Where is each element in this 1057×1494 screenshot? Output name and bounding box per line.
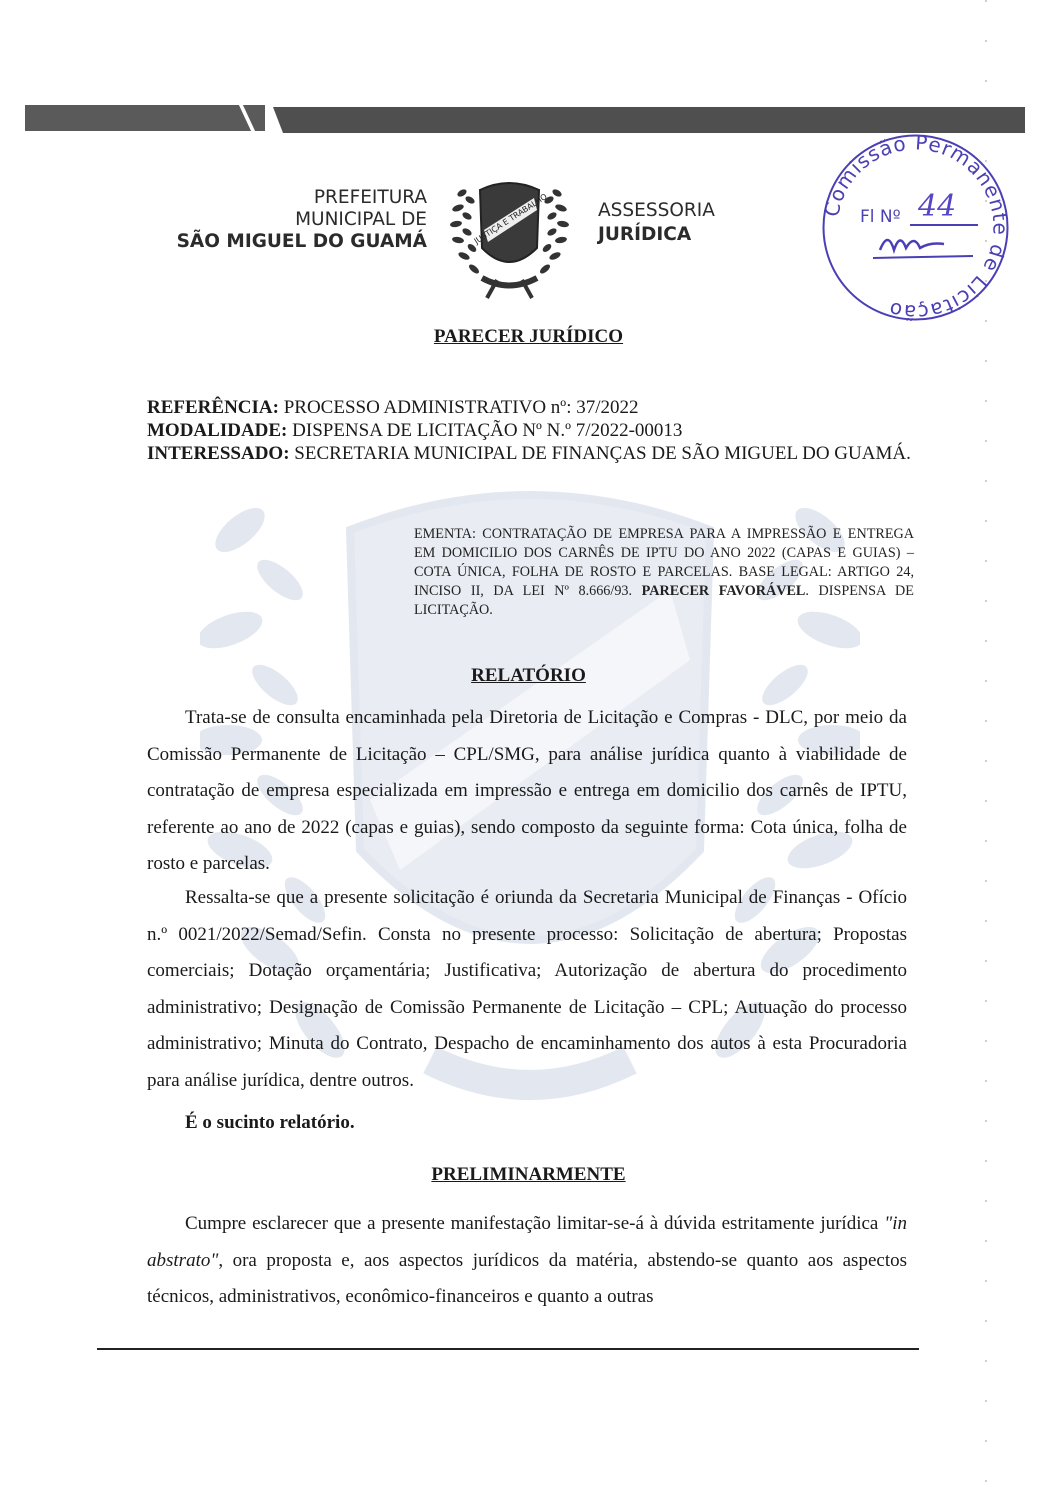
dept-line-2: JURÍDICA [598, 223, 715, 247]
coat-of-arms-icon: JUSTIÇA E TRABALHO [442, 168, 577, 303]
folio-stamp: Comissão Permanente de Licitação Fl Nº 4… [818, 130, 1013, 325]
department-name: ASSESSORIA JURÍDICA [598, 199, 715, 247]
dept-line-1: ASSESSORIA [598, 199, 715, 223]
ementa-summary: EMENTA: CONTRATAÇÃO DE EMPRESA PARA A IM… [414, 525, 914, 620]
org-line-2: MUNICIPAL DE [177, 209, 427, 231]
document-title: PARECER JURÍDICO [0, 326, 1057, 348]
reference-block: REFERÊNCIA: PROCESSO ADMINISTRATIVO nº: … [147, 396, 911, 465]
org-line-1: PREFEITURA [177, 187, 427, 209]
svg-text:44: 44 [917, 189, 956, 224]
preliminar-paragraph-1: Cumpre esclarecer que a presente manifes… [147, 1206, 907, 1316]
svg-text:Comissão Permanente de Licitaç: Comissão Permanente de Licitação [819, 130, 1012, 324]
header-bar [25, 105, 1025, 133]
relatorio-closing: É o sucinto relatório. [185, 1112, 355, 1134]
section-title-preliminarmente: PRELIMINARMENTE [0, 1164, 1057, 1186]
reference-line: REFERÊNCIA: PROCESSO ADMINISTRATIVO nº: … [147, 396, 911, 419]
footer-rule [97, 1348, 919, 1350]
modality-line: MODALIDADE: DISPENSA DE LICITAÇÃO Nº N.º… [147, 419, 911, 442]
interested-line: INTERESSADO: SECRETARIA MUNICIPAL DE FIN… [147, 442, 911, 465]
relatorio-paragraph-2: Ressalta-se que a presente solicitação é… [147, 880, 907, 1099]
svg-text:Fl Nº: Fl Nº [860, 207, 901, 227]
org-line-3: SÃO MIGUEL DO GUAMÁ [177, 231, 427, 253]
section-title-relatorio: RELATÓRIO [0, 665, 1057, 687]
relatorio-paragraph-1: Trata-se de consulta encaminhada pela Di… [147, 700, 907, 883]
municipality-name: PREFEITURA MUNICIPAL DE SÃO MIGUEL DO GU… [177, 187, 427, 253]
